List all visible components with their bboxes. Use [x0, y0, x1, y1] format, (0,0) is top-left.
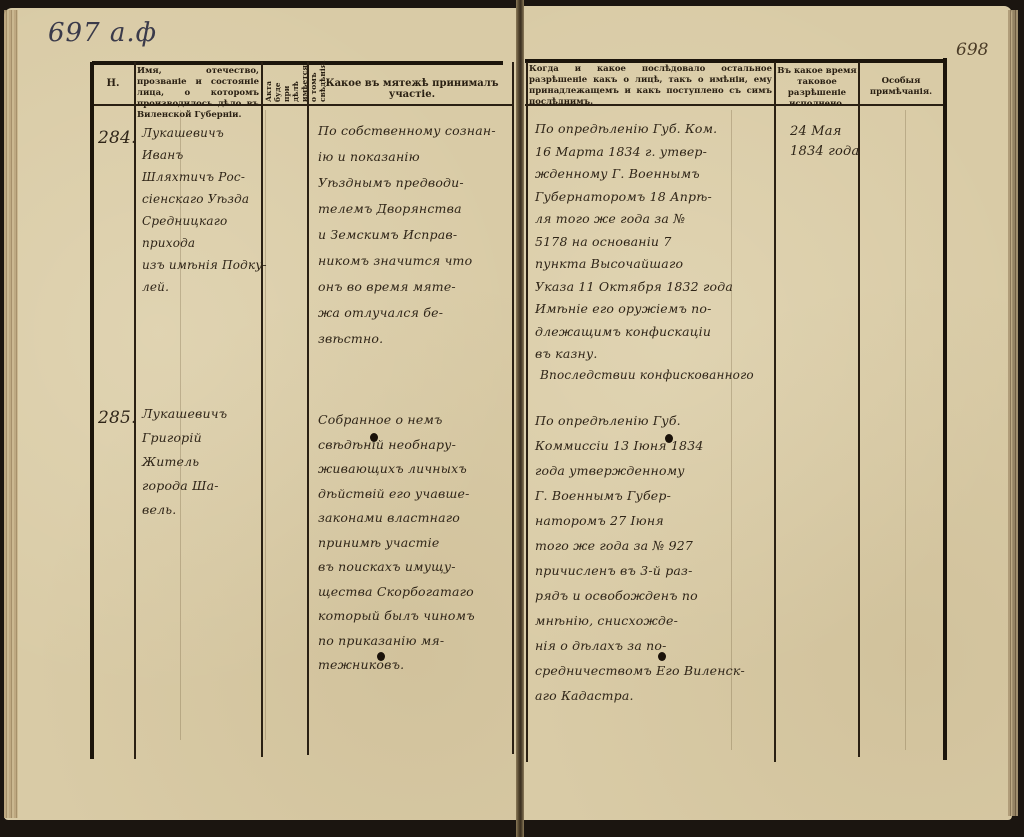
- header-name: Имя, отечество, прозваніе и состояніе ли…: [137, 66, 259, 121]
- entry-name: Лукашевичъ Иванъ Шляхтичъ Рос- сіенскаго…: [142, 122, 267, 298]
- header-act: Акта буде при дѣлѣ имѣется о томъ свѣдѣн…: [264, 64, 306, 102]
- ink-blot: [370, 433, 378, 442]
- col-divider-act: [307, 62, 309, 755]
- header-date-executed: Въ какое время таковое разрѣшеніе исполн…: [777, 66, 857, 110]
- header-notes: Особыя примѣчанія.: [861, 76, 941, 98]
- left-page-edges: [4, 10, 18, 818]
- col-divider-date: [858, 62, 860, 757]
- open-ledger-book: 697 a.ф 698 Н. Имя, отечество, прозваніе…: [0, 0, 1024, 837]
- right-outer-border: [943, 58, 947, 760]
- right-top-rule: [525, 59, 947, 63]
- ink-blot: [665, 434, 673, 443]
- ink-blot: [658, 652, 666, 661]
- entry-resolution: По опредѣленію Губ. Коммиссіи 13 Іюня 18…: [535, 408, 775, 708]
- header-number: Н.: [92, 78, 134, 89]
- entry-participation: По собственному сознан- ію и показанію У…: [318, 118, 514, 352]
- ink-blot: [377, 652, 385, 661]
- entry-resolution: По опредѣленію Губ. Ком. 16 Марта 1834 г…: [535, 118, 775, 366]
- header-participation: Какое въ мятежѣ принималъ участіе.: [312, 78, 512, 100]
- entry-name: Лукашевичъ Григорій Житель города Ша- ве…: [142, 402, 267, 522]
- book-spine: [516, 0, 524, 837]
- entry-resolution-note: Впоследствии конфискованного: [540, 365, 775, 385]
- faint-guide: [905, 110, 906, 750]
- entry-participation: Собранное о немъ свѣдѣній необнару- жива…: [318, 408, 514, 678]
- right-page-number: 698: [956, 40, 988, 60]
- right-inner-border: [526, 62, 528, 762]
- entry-number: 284.: [98, 128, 137, 148]
- entry-number: 285.: [98, 408, 137, 428]
- left-page-number: 697 a.ф: [48, 18, 157, 48]
- right-page-edges: [1008, 10, 1018, 816]
- header-resolution: Когда и какое послѣдовало остальное разр…: [529, 64, 772, 108]
- left-outer-border: [90, 62, 94, 759]
- entry-date-executed: 24 Мая 1834 года: [790, 122, 860, 162]
